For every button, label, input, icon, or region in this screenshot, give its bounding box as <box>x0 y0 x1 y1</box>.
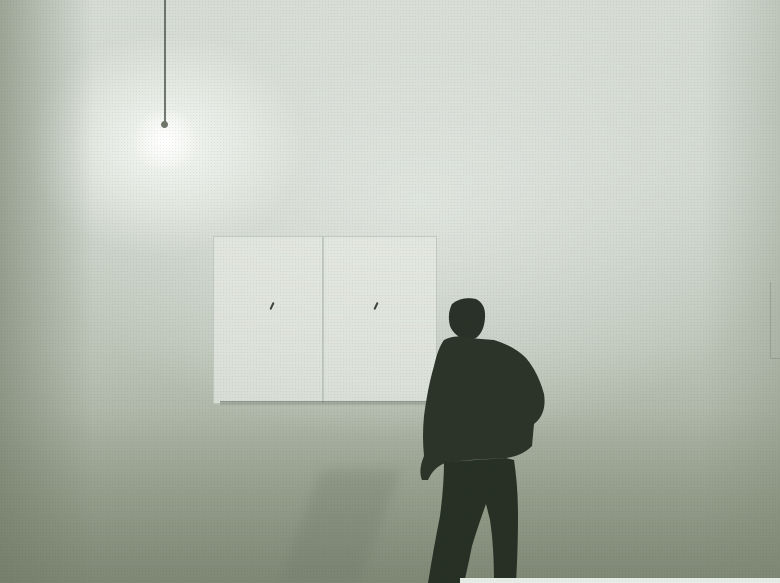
gallery-photo: Black-and-white misty gallery photograph… <box>0 0 780 583</box>
film-grain <box>0 0 780 583</box>
